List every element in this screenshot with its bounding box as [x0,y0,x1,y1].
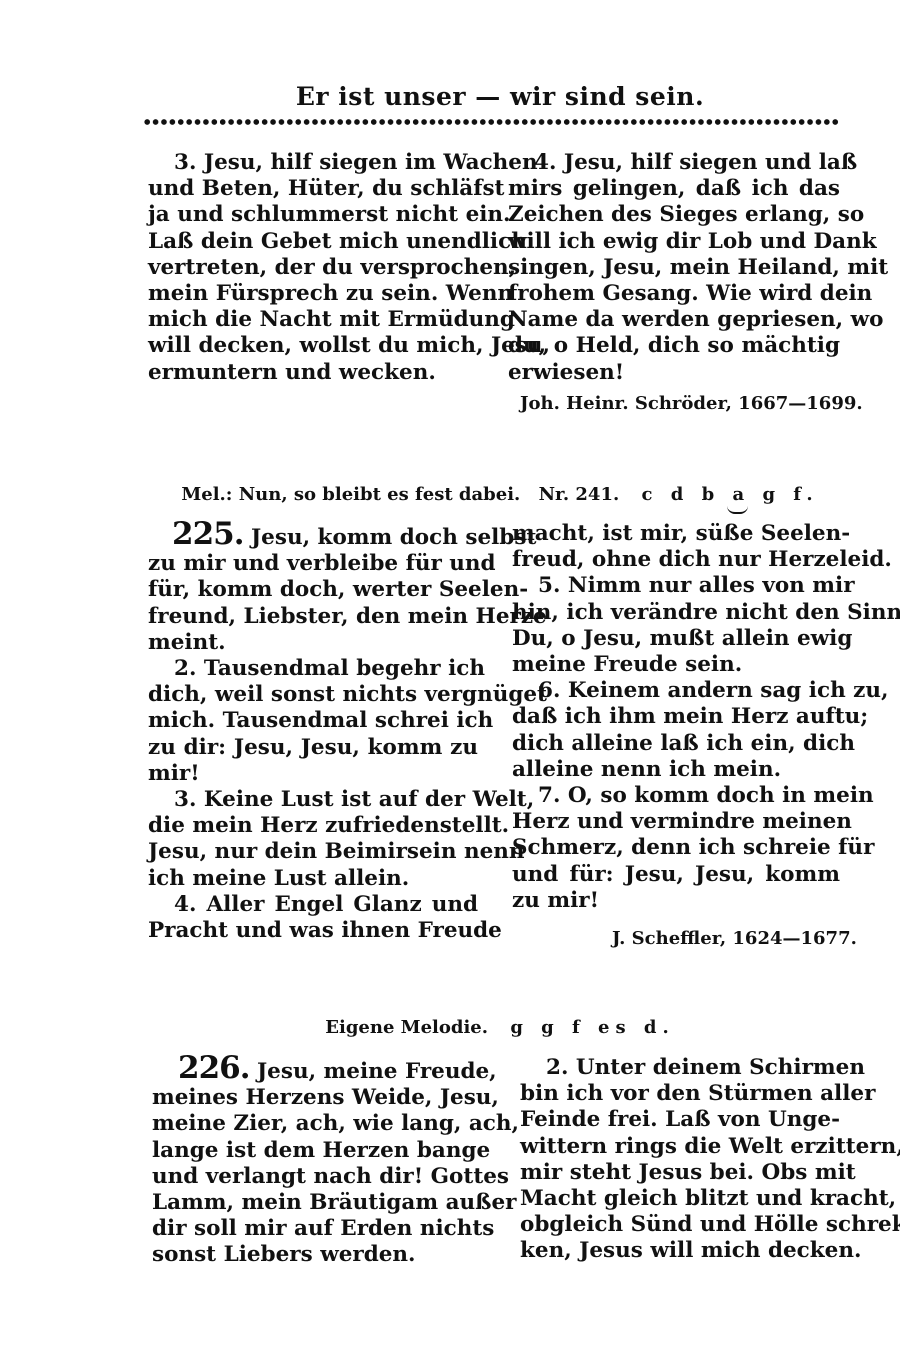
verse-line: macht, ist mir, süße Seelen- [512,521,840,547]
hymn-225-right-column: macht, ist mir, süße Seelen- freud, ohne… [512,521,840,914]
verse-line: für, komm doch, werter Seelen- [148,577,478,603]
verse-line: du, o Held, dich so mächtig [508,333,840,359]
verse-line: mein Fürsprech zu sein. Wenn [148,281,473,307]
hymn-226-right-column: 2. Unter deinem Schirmen bin ich vor den… [520,1055,840,1265]
verse-line: obgleich Sünd und Hölle schrek- [520,1212,840,1238]
hymn-225-left-column: 225. Jesu, komm doch selbst zu mir und v… [148,521,478,944]
dotted-rule-divider [143,117,840,127]
hymn-number: 226. [178,1050,250,1086]
verse-line: sonst Liebers werden. [152,1242,482,1268]
verse-line: freund, Liebster, den mein Herze [148,604,478,630]
verse-line: 3. Jesu, hilf siegen im Wachen [148,150,473,176]
melody-notes: c d b a g f. [642,484,819,505]
verse-line: und Beten, Hüter, du schläfst [148,176,473,202]
verse-line: Macht gleich blitzt und kracht, [520,1186,840,1212]
verse-line: meine Freude sein. [512,652,840,678]
melody-line-226: Eigene Melodie. g g f es d. [140,1017,860,1038]
verse-line: will ich ewig dir Lob und Dank [508,229,840,255]
verse-line: meint. [148,630,478,656]
verse-line: Zeichen des Sieges erlang, so [508,202,840,228]
verse-line: 4. Aller Engel Glanz und [148,892,478,918]
melody-label: Eigene Melodie. [325,1017,488,1038]
verse-line: will decken, wollst du mich, Jesu, [148,333,473,359]
verse-line: 7. O, so komm doch in mein [512,783,840,809]
verse-line: 2. Tausendmal begehr ich [148,656,478,682]
verse-line: Schmerz, denn ich schreie für [512,835,840,861]
verse-line: ken, Jesus will mich decken. [520,1238,840,1264]
verse-line: mir! [148,761,478,787]
verse-line: dich alleine laß ich ein, dich [512,731,840,757]
verse-text: Jesu, meine Freude, [250,1059,497,1084]
verse-line: und verlangt nach dir! Gottes [152,1164,482,1190]
verse-text: Jesu, komm doch selbst [244,525,537,550]
verse-line: lange ist dem Herzen bange [152,1138,482,1164]
verse-line: 5. Nimm nur alles von mir [512,573,840,599]
hymn-226-left-column: 226. Jesu, meine Freude, meines Herzens … [152,1055,482,1269]
verse-line: dich, weil sonst nichts vergnüget [148,682,478,708]
verse-line: alleine nenn ich mein. [512,757,840,783]
verse-line: 4. Jesu, hilf siegen und laß [508,150,840,176]
verse-line: mirs gelingen, daß ich das [508,176,840,202]
verse-4-continuation: 4. Jesu, hilf siegen und laß mirs geling… [508,150,840,386]
running-head: Er ist unser — wir sind sein. [140,82,860,111]
notes-text: g f. [762,484,818,505]
notes-text: c d b [642,484,721,505]
verse-line: hin, ich verändre nicht den Sinn. [512,600,840,626]
verse-line: und für: Jesu, Jesu, komm [512,862,840,888]
verse-line: Jesu, nur dein Beimirsein nenn [148,839,478,865]
verse-line: frohem Gesang. Wie wird dein [508,281,840,307]
verse-line: die mein Herz zufriedenstellt. [148,813,478,839]
melody-notes: g g f es d. [510,1017,674,1038]
verse-line: Laß dein Gebet mich unendlich [148,229,473,255]
verse-line: freud, ohne dich nur Herzeleid. [512,547,840,573]
verse-line: erwiesen! [508,360,840,386]
verse-line: mich die Nacht mit Ermüdung [148,307,473,333]
verse-line: singen, Jesu, mein Heiland, mit [508,255,840,281]
verse-line: ich meine Lust allein. [148,866,478,892]
verse-line: 225. Jesu, komm doch selbst [148,521,478,551]
verse-line: Du, o Jesu, mußt allein ewig [512,626,840,652]
author-attribution: Joh. Heinr. Schröder, 1667—1699. [520,393,863,414]
verse-line: bin ich vor den Stürmen aller [520,1081,840,1107]
hymnal-page: Er ist unser — wir sind sein. 3. Jesu, h… [0,0,900,1367]
verse-3-continuation: 3. Jesu, hilf siegen im Wachen und Beten… [148,150,473,386]
verse-line: Pracht und was ihnen Freude [148,918,478,944]
verse-line: dir soll mir auf Erden nichts [152,1216,482,1242]
verse-line: Feinde frei. Laß von Unge- [520,1107,840,1133]
verse-line: wittern rings die Welt erzittern, [520,1134,840,1160]
verse-line: meines Herzens Weide, Jesu, [152,1085,482,1111]
verse-line: mich. Tausendmal schrei ich [148,708,478,734]
verse-line: 3. Keine Lust ist auf der Welt, [148,787,478,813]
verse-line: 2. Unter deinem Schirmen [520,1055,840,1081]
slurred-note: a [733,484,751,505]
verse-line: ja und schlummerst nicht ein. [148,202,473,228]
verse-line: ermuntern und wecken. [148,360,473,386]
verse-line: daß ich ihm mein Herz auftu; [512,704,840,730]
verse-line: zu mir! [512,888,840,914]
verse-line: Name da werden gepriesen, wo [508,307,840,333]
melody-label: Mel.: Nun, so bleibt es fest dabei. [181,484,520,505]
verse-line: mir steht Jesus bei. Obs mit [520,1160,840,1186]
author-attribution: J. Scheffler, 1624—1677. [612,928,857,949]
melody-line-225: Mel.: Nun, so bleibt es fest dabei. Nr. … [140,484,860,505]
melody-number: Nr. 241. [539,484,620,505]
verse-line: 6. Keinem andern sag ich zu, [512,678,840,704]
verse-line: vertreten, der du versprochen, [148,255,473,281]
verse-line: 226. Jesu, meine Freude, [152,1055,482,1085]
verse-line: zu mir und verbleibe für und [148,551,478,577]
hymn-number: 225. [172,516,244,552]
verse-line: meine Zier, ach, wie lang, ach, [152,1111,482,1137]
verse-line: zu dir: Jesu, Jesu, komm zu [148,735,478,761]
verse-line: Herz und vermindre meinen [512,809,840,835]
verse-line: Lamm, mein Bräutigam außer [152,1190,482,1216]
